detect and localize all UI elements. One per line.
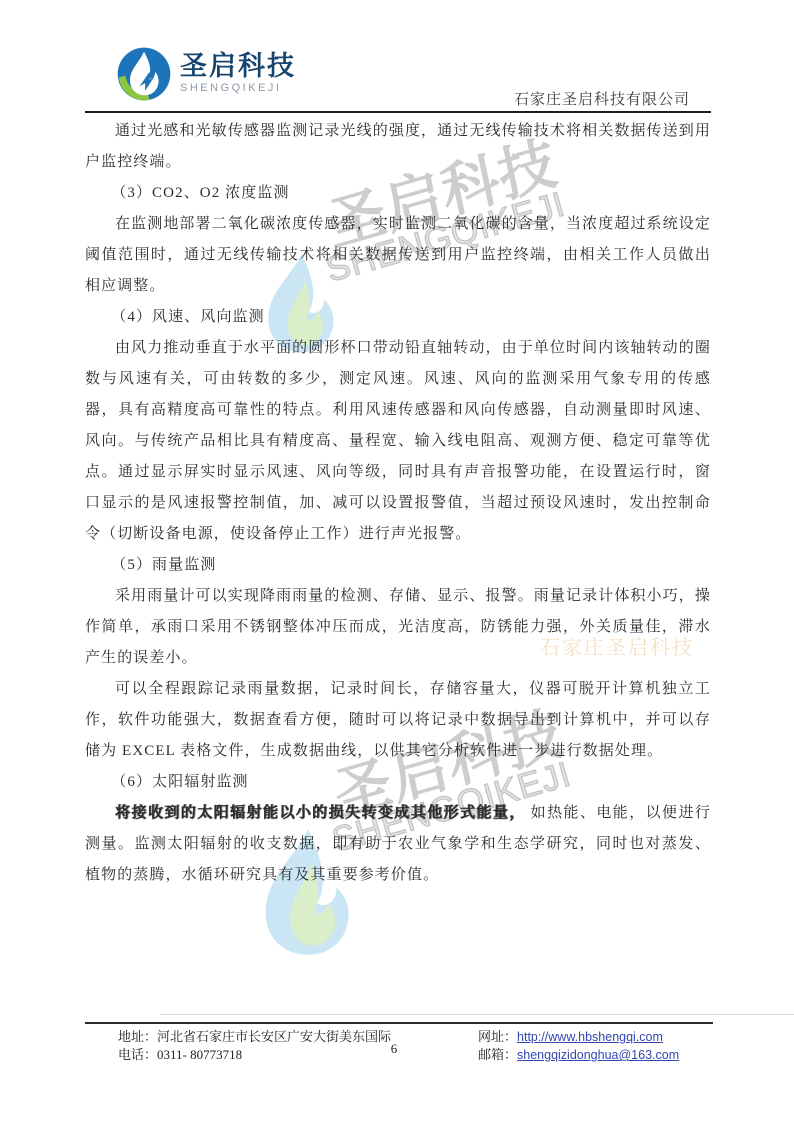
company-logo: 圣启科技 SHENGQIKEJI [116, 46, 296, 107]
emphasized-text: 将接收到的太阳辐射能以小的损失转变成其他形式能量， [115, 805, 526, 821]
phone-value: 0311- 80773718 [157, 1047, 242, 1062]
scan-artifact-line [160, 1014, 794, 1015]
section-heading-solar: （6）太阳辐射监测 [85, 767, 711, 798]
address-value: 河北省石家庄市长安区广安大街美东国际 [157, 1029, 391, 1044]
company-name: 石家庄圣启科技有限公司 [514, 88, 690, 109]
website-link[interactable]: http://www.hbshengqi.com [517, 1030, 663, 1044]
logo-name-en: SHENGQIKEJI [180, 82, 296, 94]
body-paragraph: 将接收到的太阳辐射能以小的损失转变成其他形式能量， 如热能、电能，以便进行测量。… [85, 798, 711, 891]
logo-text: 圣启科技 SHENGQIKEJI [180, 46, 296, 94]
header-divider [85, 111, 711, 113]
website-row: 网址：http://www.hbshengqi.com [478, 1028, 679, 1046]
website-label: 网址： [478, 1029, 517, 1044]
body-paragraph: 在监测地部署二氧化碳浓度传感器，实时监测二氧化碳的含量，当浓度超过系统设定阈值范… [85, 209, 711, 302]
footer-contact-right: 网址：http://www.hbshengqi.com 邮箱：shengqizi… [478, 1028, 679, 1064]
body-paragraph: 采用雨量计可以实现降雨雨量的检测、存储、显示、报警。雨量记录计体积小巧，操作简单… [85, 581, 711, 674]
section-heading-co2-o2: （3）CO2、O2 浓度监测 [85, 178, 711, 209]
section-heading-rain: （5）雨量监测 [85, 550, 711, 581]
body-paragraph: 可以全程跟踪记录雨量数据，记录时间长，存储容量大，仪器可脱开计算机独立工作，软件… [85, 674, 711, 767]
phone-row: 电话：0311- 80773718 [118, 1046, 391, 1064]
section-heading-wind: （4）风速、风向监测 [85, 302, 711, 333]
shengqi-flame-logo-icon [116, 46, 172, 107]
address-label: 地址： [118, 1029, 157, 1044]
address-row: 地址：河北省石家庄市长安区广安大街美东国际 [118, 1028, 391, 1046]
footer-divider [85, 1022, 713, 1024]
page-number: 6 [382, 1041, 406, 1057]
email-row: 邮箱：shengqizidonghua@163.com [478, 1046, 679, 1064]
footer-contact-left: 地址：河北省石家庄市长安区广安大街美东国际 电话：0311- 80773718 [118, 1028, 391, 1064]
logo-name-cn: 圣启科技 [180, 52, 296, 80]
document-page: 圣启科技 SHENGQIKEJI 圣启科技 SHENGQIKEJI 石家庄圣启科… [0, 0, 794, 1123]
body-paragraph: 由风力推动垂直于水平面的圆形杯口带动铅直轴转动，由于单位时间内该轴转动的圈数与风… [85, 333, 711, 550]
phone-label: 电话： [118, 1047, 157, 1062]
document-body: 通过光感和光敏传感器监测记录光线的强度，通过无线传输技术将相关数据传送到用户监控… [85, 116, 711, 891]
email-label: 邮箱： [478, 1047, 517, 1062]
email-link[interactable]: shengqizidonghua@163.com [517, 1048, 679, 1062]
body-paragraph: 通过光感和光敏传感器监测记录光线的强度，通过无线传输技术将相关数据传送到用户监控… [85, 116, 711, 178]
